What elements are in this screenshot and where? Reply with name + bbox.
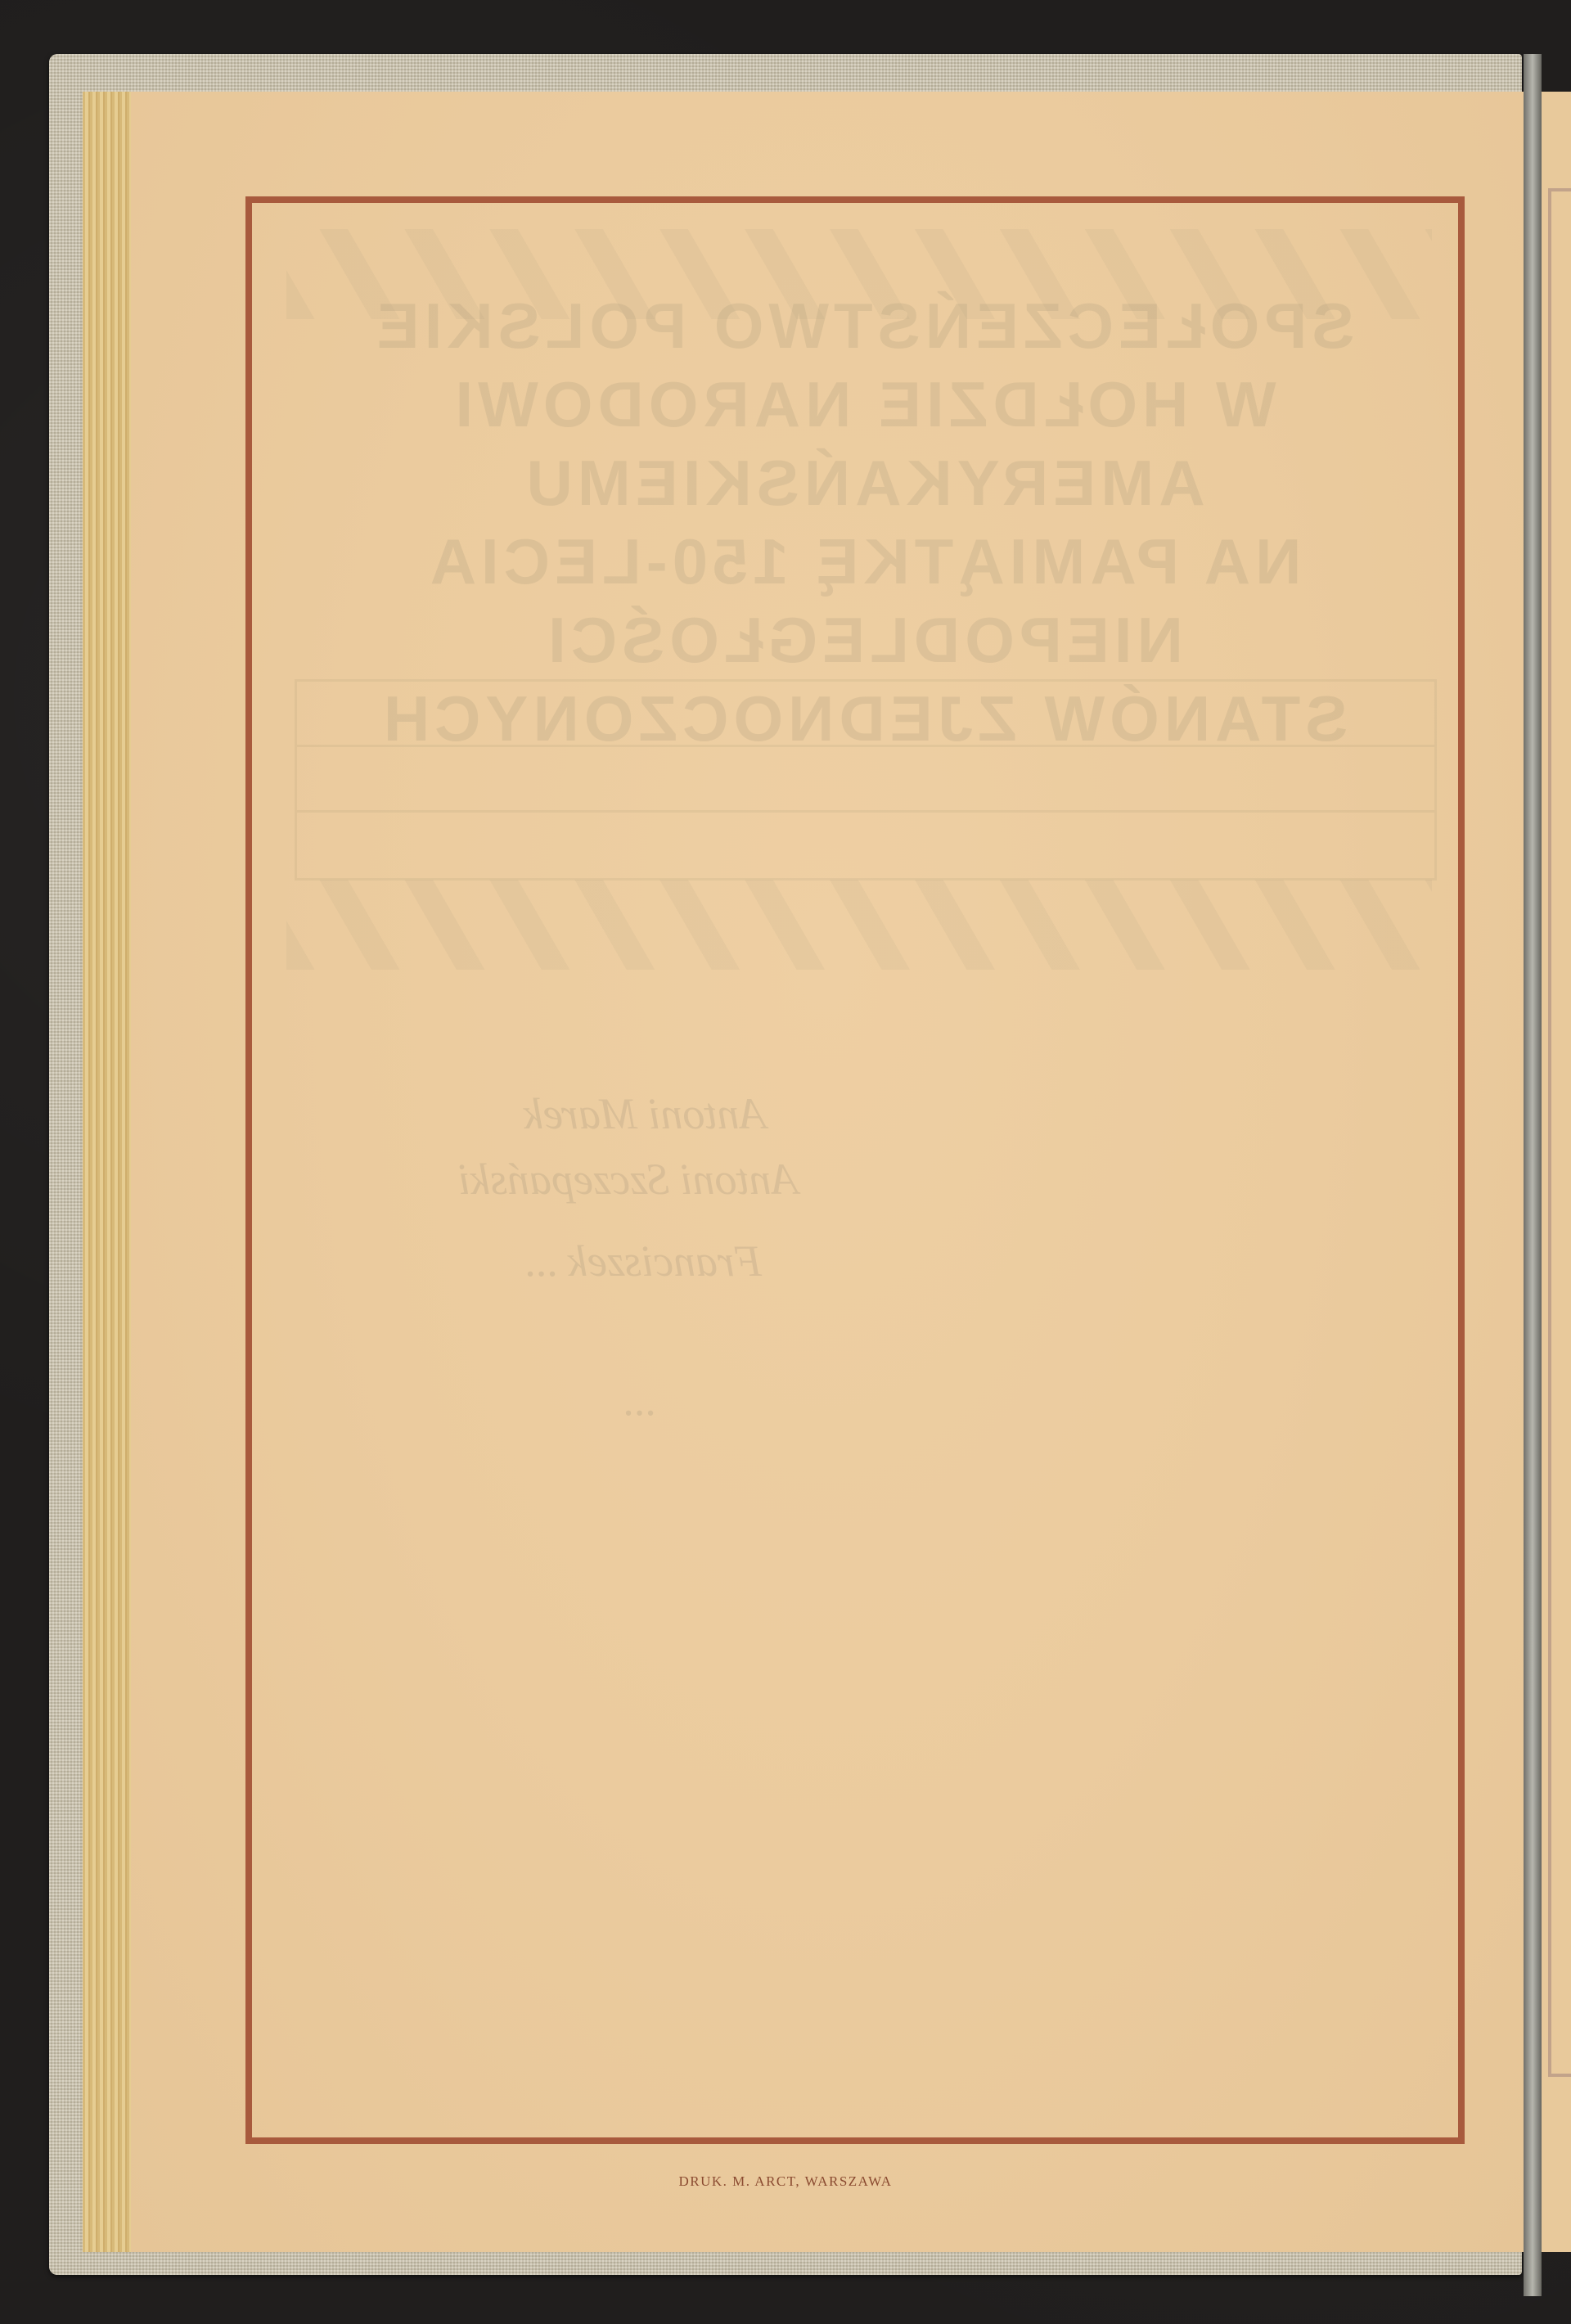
page-edge-stack <box>83 92 132 2252</box>
book-gutter <box>1524 54 1542 2296</box>
printer-imprint: DRUK. M. ARCT, WARSZAWA <box>0 2173 1571 2190</box>
printed-page-frame <box>245 196 1465 2144</box>
facing-page-frame <box>1548 188 1571 2077</box>
